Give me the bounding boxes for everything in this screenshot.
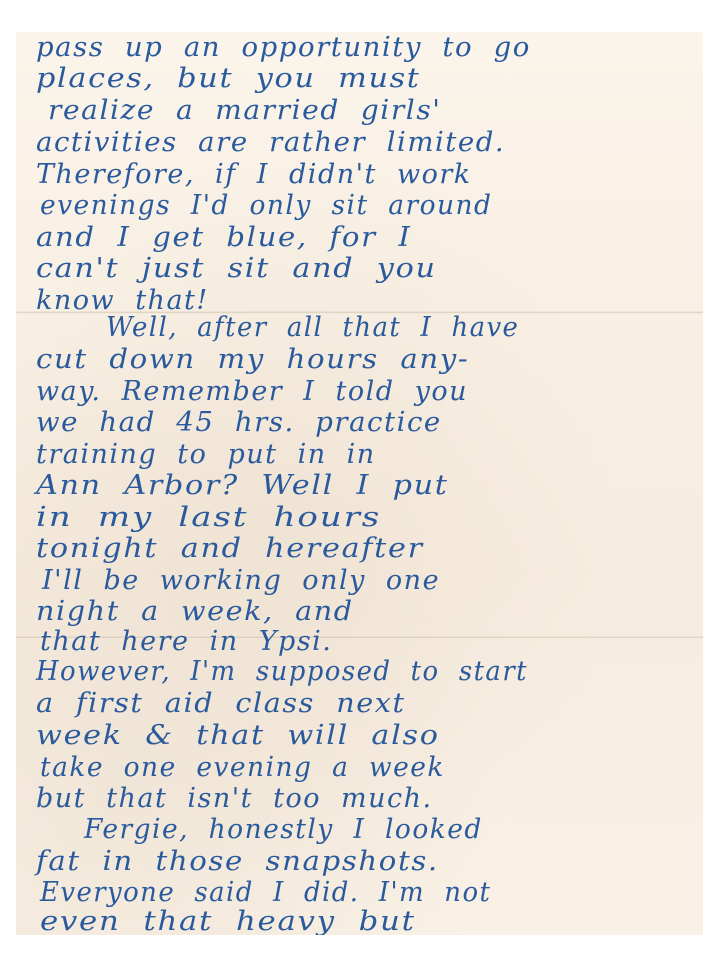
- text-line: tonight and hereafter: [36, 533, 424, 564]
- text-line: in my last hours: [36, 502, 381, 533]
- text-line: Therefore, if I didn't work: [36, 159, 472, 190]
- text-line: cut down my hours any-: [36, 344, 469, 375]
- text-line: way. Remember I told you: [36, 376, 468, 407]
- text-line: However, I'm supposed to start: [36, 656, 528, 687]
- text-line: can't just sit and you: [36, 253, 437, 284]
- text-line: I'll be working only one: [42, 565, 440, 596]
- text-line: and I get blue, for I: [36, 222, 411, 253]
- text-line: week & that will also: [36, 720, 440, 751]
- text-line: places, but you must: [36, 63, 421, 94]
- text-line: pass up an opportunity to go: [36, 32, 531, 63]
- text-line: that here in Ypsi.: [40, 626, 332, 657]
- text-line: Ann Arbor? Well I put: [36, 470, 449, 501]
- text-line: even that heavy but: [40, 906, 416, 935]
- text-line: night a week, and: [36, 596, 354, 627]
- text-line: a first aid class next: [36, 688, 406, 719]
- text-line: Fergie, honestly I looked: [84, 814, 483, 845]
- text-line: Everyone said I did. I'm not: [40, 877, 491, 908]
- letter-page: pass up an opportunity to go places, but…: [16, 32, 703, 935]
- text-line: activities are rather limited.: [36, 127, 505, 158]
- text-line: training to put in in: [36, 439, 376, 470]
- text-line: we had 45 hrs. practice: [36, 407, 442, 438]
- text-line: take one evening a week: [40, 752, 445, 783]
- text-line: Well, after all that I have: [106, 312, 519, 343]
- text-line: fat in those snapshots.: [36, 846, 439, 877]
- text-line: realize a married girls': [48, 95, 442, 126]
- text-line: evenings I'd only sit around: [40, 190, 492, 221]
- text-line: but that isn't too much.: [36, 783, 433, 814]
